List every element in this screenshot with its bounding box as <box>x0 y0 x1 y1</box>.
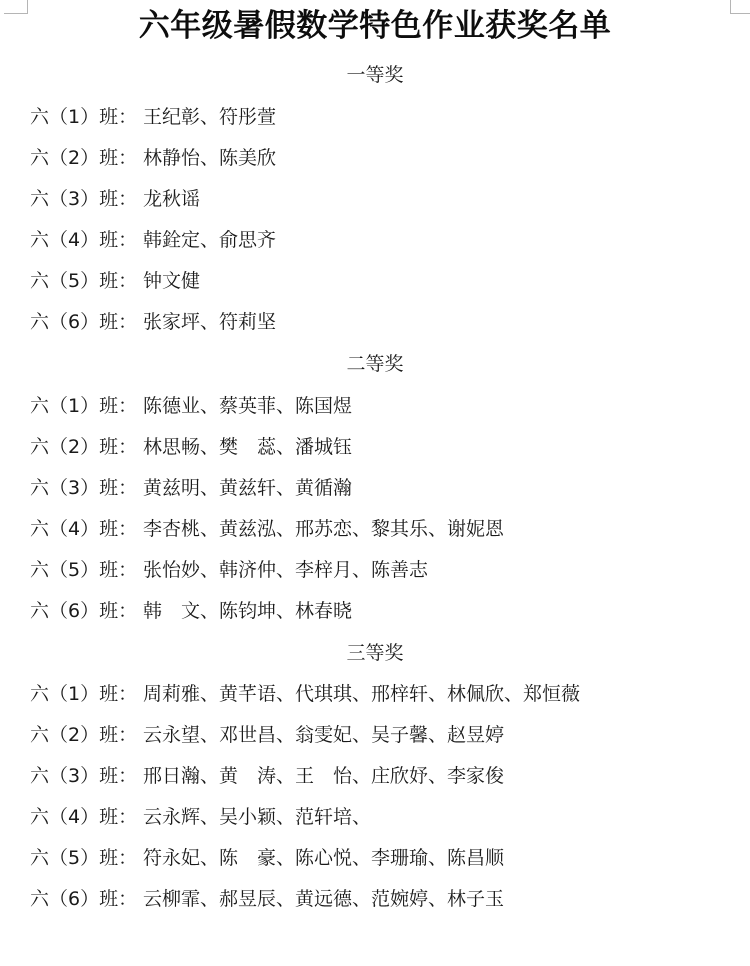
winner-names: 黄兹明、黄兹轩、黄循瀚 <box>143 477 352 499</box>
winner-names: 林静怡、陈美欣 <box>143 147 276 169</box>
award-row: 六（2）班：林思畅、樊 蕊、潘城钰 <box>30 433 352 461</box>
award-row: 六（4）班：云永辉、吴小颖、范轩培、 <box>30 803 371 831</box>
winner-names: 陈德业、蔡英菲、陈国煜 <box>143 395 352 417</box>
winner-names: 云永辉、吴小颖、范轩培、 <box>143 806 371 828</box>
class-label: 六（5）班： <box>30 267 143 295</box>
winner-names: 周莉雅、黄芊语、代琪琪、邢梓轩、林佩欣、郑恒薇 <box>143 683 580 705</box>
award-row: 六（6）班：韩 文、陈钧坤、林春晓 <box>30 597 352 625</box>
prize-heading-first: 一等奖 <box>0 62 750 88</box>
class-label: 六（3）班： <box>30 185 143 213</box>
award-row: 六（5）班：钟文健 <box>30 267 200 295</box>
award-row: 六（5）班：张怡妙、韩济仲、李梓月、陈善志 <box>30 556 428 584</box>
class-label: 六（4）班： <box>30 515 143 543</box>
winner-names: 邢日瀚、黄 涛、王 怡、庄欣妤、李家俊 <box>143 765 504 787</box>
class-label: 六（5）班： <box>30 844 143 872</box>
award-row: 六（3）班：龙秋谣 <box>30 185 200 213</box>
award-row: 六（6）班：云柳霏、郝昱辰、黄远德、范婉婷、林子玉 <box>30 885 504 913</box>
class-label: 六（3）班： <box>30 762 143 790</box>
winner-names: 张家坪、符莉坚 <box>143 311 276 333</box>
prize-heading-third: 三等奖 <box>0 640 750 666</box>
award-row: 六（2）班：云永望、邓世昌、翁雯妃、吴子馨、赵昱婷 <box>30 721 504 749</box>
winner-names: 云柳霏、郝昱辰、黄远德、范婉婷、林子玉 <box>143 888 504 910</box>
award-row: 六（3）班：黄兹明、黄兹轩、黄循瀚 <box>30 474 352 502</box>
class-label: 六（2）班： <box>30 721 143 749</box>
winner-names: 云永望、邓世昌、翁雯妃、吴子馨、赵昱婷 <box>143 724 504 746</box>
award-row: 六（4）班：韩銓定、俞思齐 <box>30 226 276 254</box>
prize-heading-second: 二等奖 <box>0 351 750 377</box>
award-row: 六（1）班：王纪彰、符彤萱 <box>30 103 276 131</box>
class-label: 六（6）班： <box>30 308 143 336</box>
class-label: 六（1）班： <box>30 680 143 708</box>
document-title: 六年级暑假数学特色作业获奖名单 <box>0 6 750 46</box>
award-row: 六（1）班：陈德业、蔡英菲、陈国煜 <box>30 392 352 420</box>
winner-names: 符永妃、陈 豪、陈心悦、李珊瑜、陈昌顺 <box>143 847 504 869</box>
class-label: 六（1）班： <box>30 392 143 420</box>
winner-names: 王纪彰、符彤萱 <box>143 106 276 128</box>
class-label: 六（2）班： <box>30 144 143 172</box>
winner-names: 龙秋谣 <box>143 188 200 210</box>
class-label: 六（5）班： <box>30 556 143 584</box>
award-row: 六（3）班：邢日瀚、黄 涛、王 怡、庄欣妤、李家俊 <box>30 762 504 790</box>
winner-names: 韩 文、陈钧坤、林春晓 <box>143 600 352 622</box>
class-label: 六（2）班： <box>30 433 143 461</box>
winner-names: 韩銓定、俞思齐 <box>143 229 276 251</box>
award-row: 六（2）班：林静怡、陈美欣 <box>30 144 276 172</box>
class-label: 六（4）班： <box>30 803 143 831</box>
winner-names: 李杏桃、黄兹泓、邢苏恋、黎其乐、谢妮恩 <box>143 518 504 540</box>
class-label: 六（4）班： <box>30 226 143 254</box>
winner-names: 张怡妙、韩济仲、李梓月、陈善志 <box>143 559 428 581</box>
award-row: 六（4）班：李杏桃、黄兹泓、邢苏恋、黎其乐、谢妮恩 <box>30 515 504 543</box>
class-label: 六（1）班： <box>30 103 143 131</box>
award-row: 六（1）班：周莉雅、黄芊语、代琪琪、邢梓轩、林佩欣、郑恒薇 <box>30 680 580 708</box>
award-row: 六（5）班：符永妃、陈 豪、陈心悦、李珊瑜、陈昌顺 <box>30 844 504 872</box>
class-label: 六（3）班： <box>30 474 143 502</box>
winner-names: 林思畅、樊 蕊、潘城钰 <box>143 436 352 458</box>
class-label: 六（6）班： <box>30 597 143 625</box>
award-row: 六（6）班：张家坪、符莉坚 <box>30 308 276 336</box>
winner-names: 钟文健 <box>143 270 200 292</box>
class-label: 六（6）班： <box>30 885 143 913</box>
